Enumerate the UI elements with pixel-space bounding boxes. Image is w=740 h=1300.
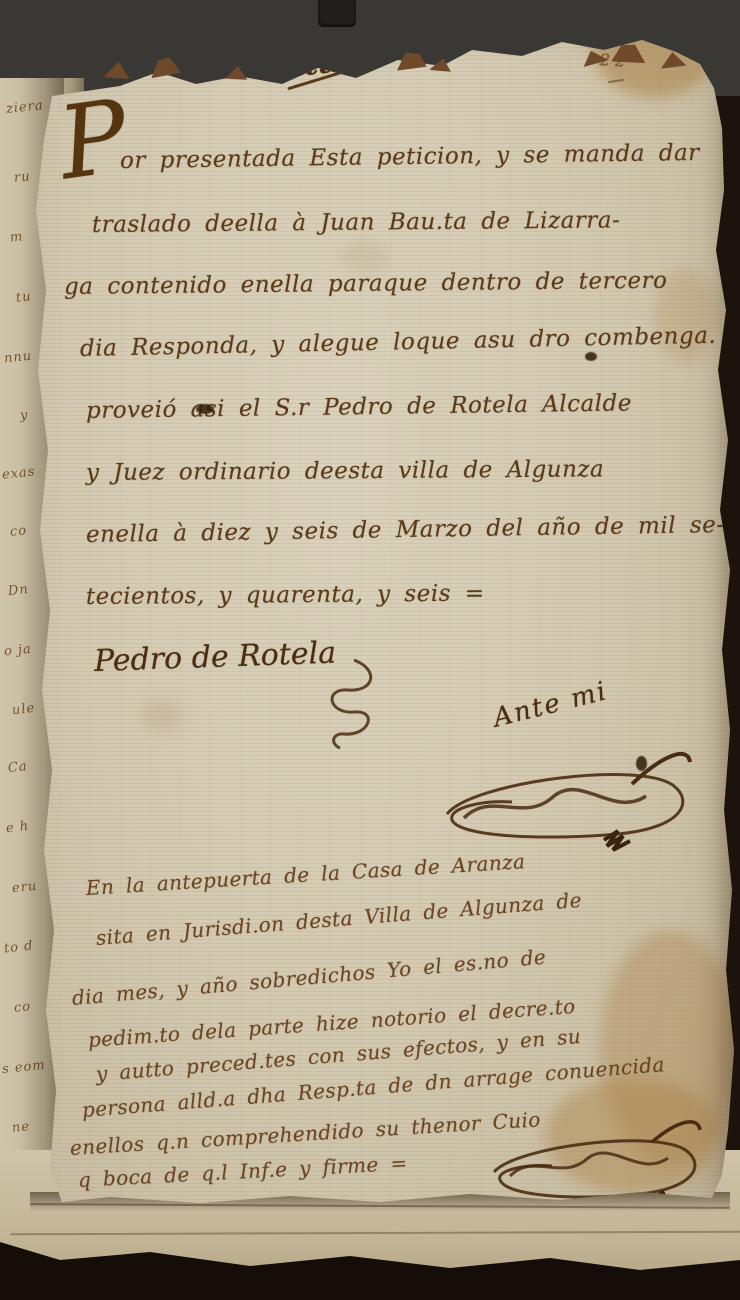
page-vignette — [0, 0, 740, 1300]
book-clamp — [318, 0, 356, 27]
manuscript-page: tt 22 P or presentada Esta peticion, y s… — [0, 0, 740, 1300]
manuscript-photo: ziera ru m tu nnu y exas co Dn o ja ule … — [0, 0, 740, 1300]
